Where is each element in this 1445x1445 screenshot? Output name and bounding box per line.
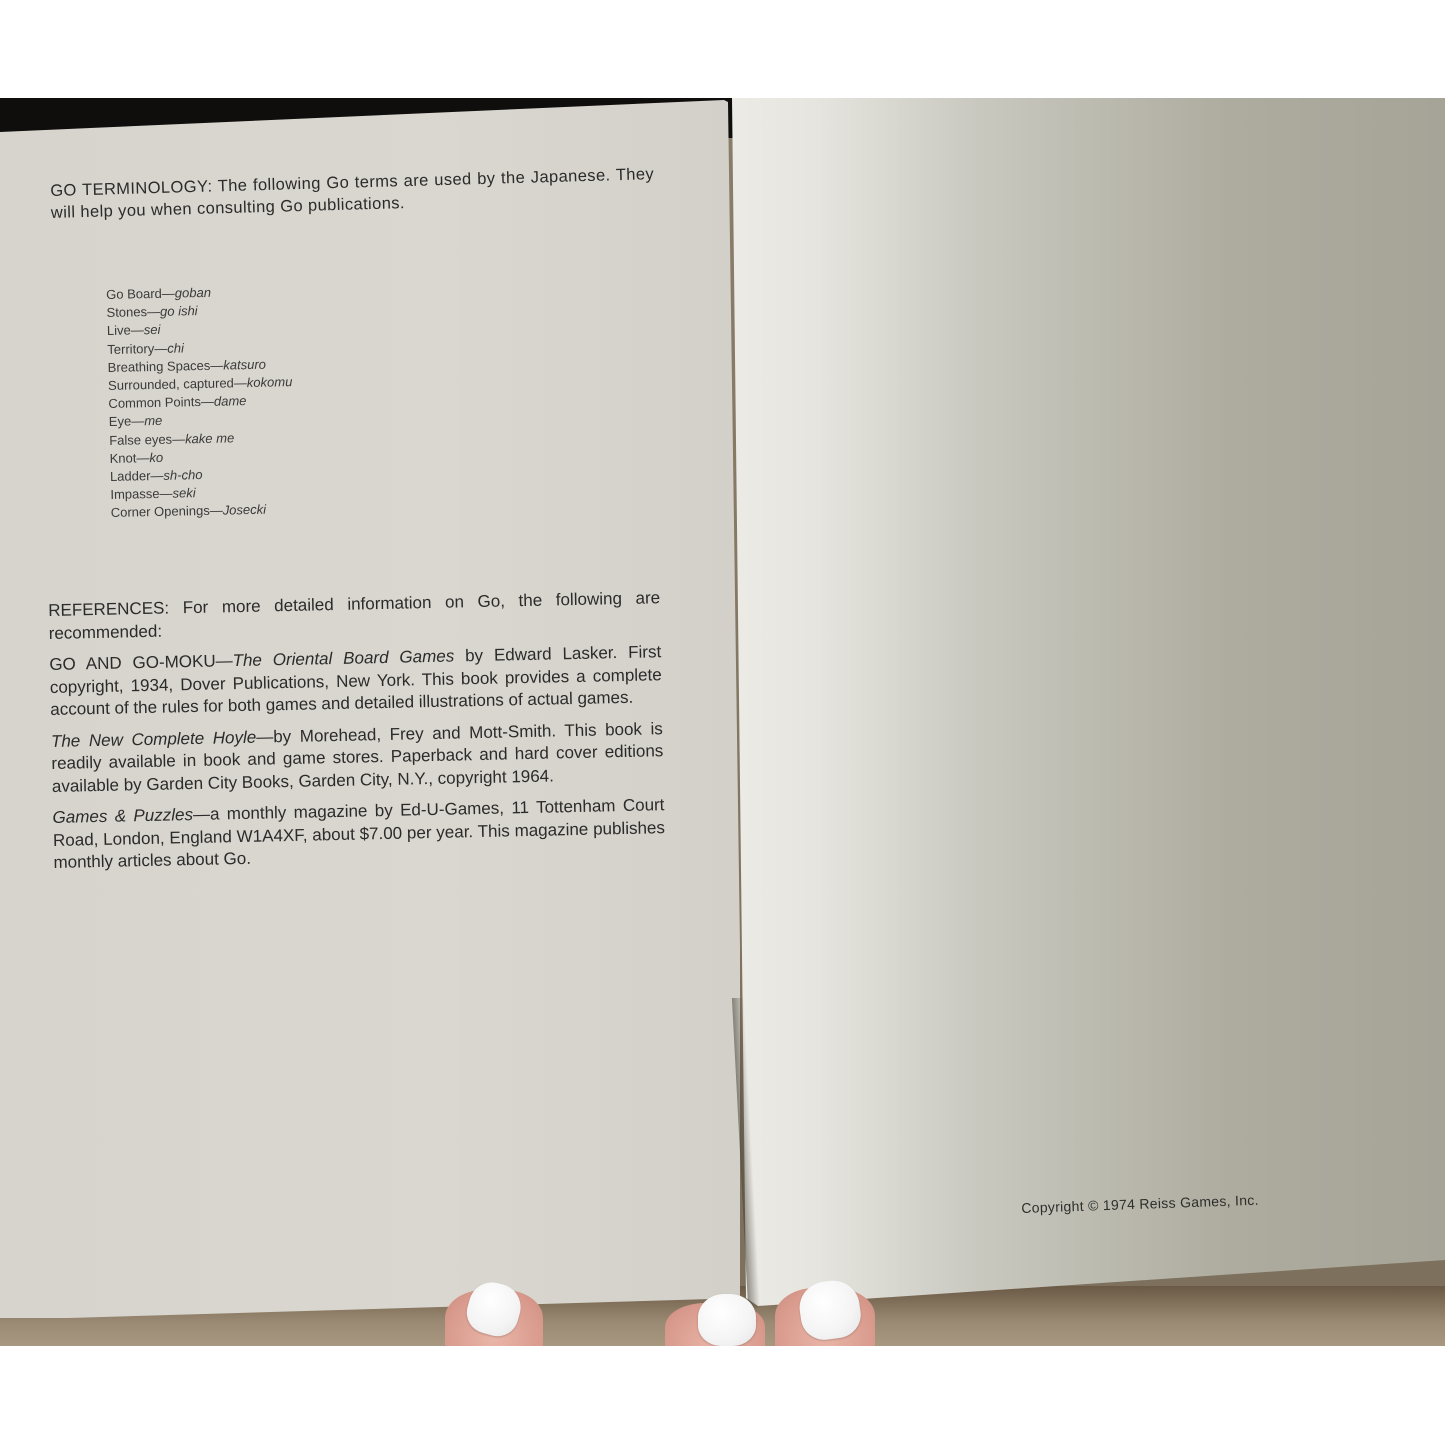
term-dash: — — [234, 375, 247, 390]
term-dash: — — [162, 286, 175, 301]
term-english: Territory — [107, 341, 154, 357]
term-japanese: kake me — [185, 430, 234, 446]
term-dash: — — [154, 340, 167, 355]
term-english: Corner Openings — [111, 503, 210, 520]
term-dash: — — [159, 486, 172, 501]
term-dash: — — [201, 394, 214, 409]
term-japanese: sh-cho — [163, 467, 202, 483]
terms-list: Go Board—gobanStones—go ishiLive—seiTerr… — [106, 282, 295, 522]
term-dash: — — [210, 503, 223, 518]
term-dash: — — [131, 323, 144, 338]
reference-title: The Oriental Board Games — [232, 647, 454, 671]
reference-lead: GO AND GO-MOKU— — [49, 651, 233, 674]
term-japanese: goban — [175, 285, 211, 301]
reference-title: Games & Puzzles — [52, 805, 193, 827]
term-english: Go Board — [106, 286, 162, 302]
references-section: REFERENCES: For more detailed informatio… — [48, 587, 666, 883]
term-english: False eyes — [109, 431, 172, 447]
term-japanese: katsuro — [223, 356, 266, 372]
term-japanese: seki — [172, 485, 195, 500]
term-english: Breathing Spaces — [108, 358, 211, 375]
term-english: Knot — [109, 450, 136, 466]
term-japanese: chi — [167, 340, 184, 355]
terminology-heading: GO TERMINOLOGY: — [50, 177, 213, 200]
right-page — [728, 98, 1445, 1318]
reference-entry: Games & Puzzles—a monthly magazine by Ed… — [52, 794, 665, 874]
term-item: Corner Openings—Josecki — [111, 501, 296, 523]
term-dash: — — [131, 414, 144, 429]
term-english: Eye — [109, 414, 132, 429]
term-dash: — — [147, 304, 160, 319]
fingernail-middle — [698, 1294, 756, 1346]
term-english: Impasse — [110, 486, 159, 502]
term-japanese: sei — [144, 322, 161, 337]
term-english: Ladder — [110, 468, 151, 484]
term-dash: — — [150, 468, 163, 483]
term-japanese: dame — [214, 393, 247, 409]
term-dash: — — [136, 450, 149, 465]
term-japanese: go ishi — [160, 303, 198, 319]
term-japanese: me — [144, 413, 162, 428]
term-japanese: kokomu — [247, 374, 293, 390]
term-dash: — — [172, 431, 185, 446]
term-japanese: ko — [149, 450, 163, 465]
term-dash: — — [210, 357, 223, 372]
reference-entry: The New Complete Hoyle—by Morehead, Frey… — [51, 718, 664, 798]
term-english: Common Points — [108, 394, 201, 411]
booklet-photo: GO TERMINOLOGY: The following Go terms a… — [0, 98, 1445, 1346]
term-japanese: Josecki — [223, 502, 267, 518]
term-english: Surrounded, captured — [108, 375, 234, 393]
term-english: Stones — [106, 304, 147, 320]
references-heading: REFERENCES: — [48, 598, 169, 620]
reference-title: The New Complete Hoyle — [51, 727, 257, 750]
term-english: Live — [107, 323, 131, 338]
reference-entry: GO AND GO-MOKU—The Oriental Board Games … — [49, 641, 662, 721]
